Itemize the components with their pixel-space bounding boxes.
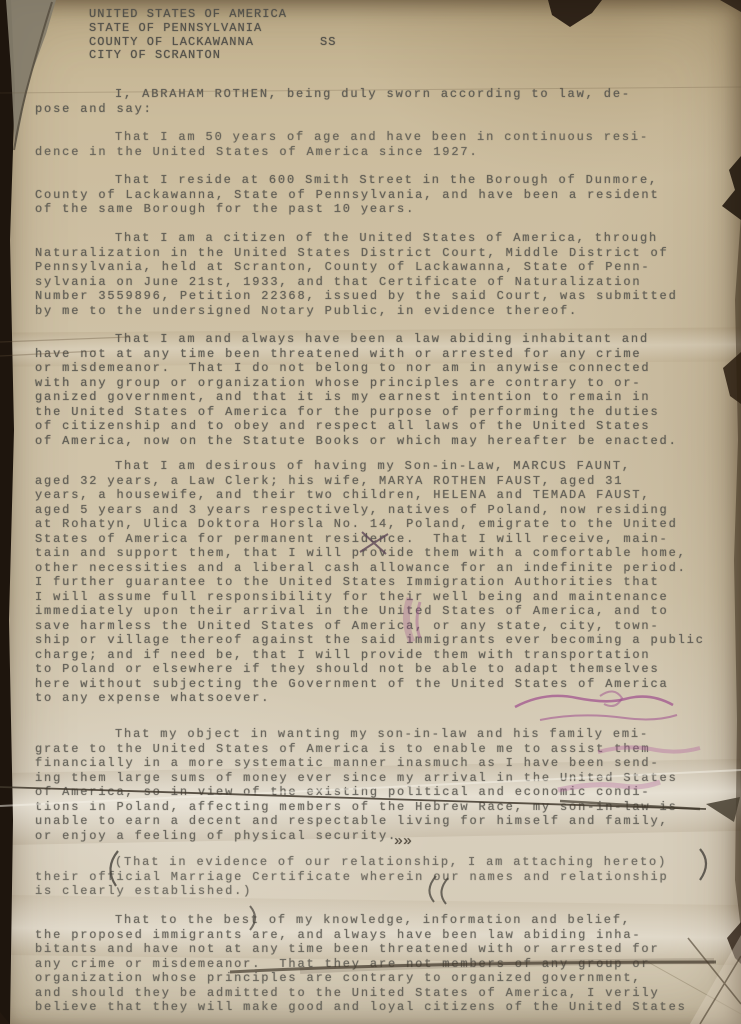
- paragraph-marriage-certificate: (That in evidence of our relationship, I…: [35, 855, 669, 899]
- paragraph-object: That my object in wanting my son-in-law …: [35, 727, 678, 843]
- paragraph-law-abiding: That I am and always have been a law abi…: [35, 332, 678, 448]
- paragraph-age-residence: That I am 50 years of age and have been …: [35, 130, 649, 159]
- paragraph-character: That to the best of my knowledge, inform…: [35, 913, 687, 1015]
- handwritten-chevron-mark: »»: [394, 835, 412, 850]
- paragraph-sponsorship: That I am desirous of having my Son-in-L…: [35, 459, 705, 706]
- scanned-affidavit-page: UNITED STATES OF AMERICA STATE OF PENNSY…: [0, 0, 741, 1024]
- paragraph-oath: I, ABRAHAM ROTHEN, being duly sworn acco…: [35, 87, 631, 116]
- venue-header: UNITED STATES OF AMERICA STATE OF PENNSY…: [89, 8, 337, 63]
- paragraph-citizenship: That I am a citizen of the United States…: [35, 231, 678, 318]
- paragraph-address: That I reside at 600 Smith Street in the…: [35, 173, 660, 217]
